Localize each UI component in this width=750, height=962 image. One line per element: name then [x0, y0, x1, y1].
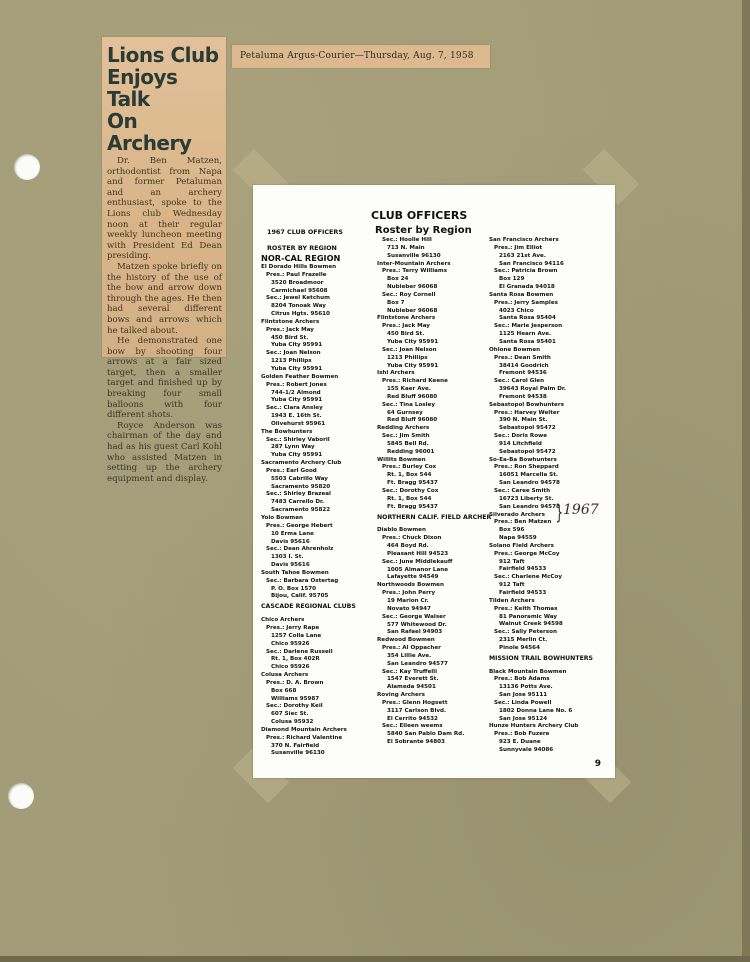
address-line: 1303 I. St. — [261, 554, 356, 562]
officer-line: Sec.: Dorothy Keil — [261, 703, 356, 711]
officer-line: Pres.: Richard Valentine — [261, 735, 356, 743]
address-line: 912 Taft — [489, 559, 593, 567]
officer-line: Sec.: Marie Jesperson — [489, 323, 593, 331]
club-name: Ohlone Bowmen — [489, 347, 593, 355]
officer-line: Pres.: Jerry Samples — [489, 300, 593, 308]
address-line: Chico 95926 — [261, 641, 356, 649]
address-line: 607 Siec St. — [261, 711, 356, 719]
club-name: Hunze Hunters Archery Club — [489, 723, 593, 731]
address-line: 450 Bird St. — [377, 331, 491, 339]
officer-line: Pres.: Jerry Rape — [261, 625, 356, 633]
officer-line: Sec.: Dean Ahrenholz — [261, 546, 356, 554]
club-name: Tilden Archers — [489, 598, 593, 606]
address-line: Alameda 94501 — [377, 684, 491, 692]
address-line: El Cerrito 94532 — [377, 716, 491, 724]
region-heading: NOR-CAL REGION — [261, 253, 356, 264]
officer-line: Sec.: Kay Truffelli — [377, 669, 491, 677]
address-line: San Rafael 94903 — [377, 629, 491, 637]
club-name: Golden Feather Bowmen — [261, 374, 356, 382]
address-line: Box 7 — [377, 300, 491, 308]
address-line: 16051 Marcella St. — [489, 472, 593, 480]
officer-line: Sec.: Jewel Ketchum — [261, 295, 356, 303]
address-line: P. O. Box 1570 — [261, 586, 356, 594]
address-line: Box 596 — [489, 527, 593, 535]
address-line: 464 Boyd Rd. — [377, 543, 491, 551]
officer-line: Sec.: Patricia Brown — [489, 268, 593, 276]
address-line: Bijou, Calif. 95705 — [261, 593, 356, 601]
officer-line: Sec.: Clara Ansley — [261, 405, 356, 413]
club-name: Diamond Mountain Archers — [261, 727, 356, 735]
officer-line: Pres.: George McCoy — [489, 551, 593, 559]
address-line: 923 E. Duane — [489, 739, 593, 747]
address-line: 3117 Carlson Blvd. — [377, 708, 491, 716]
address-line: Rt. 1, Box 544 — [377, 496, 491, 504]
club-name: Northwoods Bowmen — [377, 582, 491, 590]
address-line: 2315 Merlin Ct. — [489, 637, 593, 645]
address-line: 39643 Royal Palm Dr. — [489, 386, 593, 394]
address-line: 2163 21st Ave. — [489, 253, 593, 261]
address-line: Susanville 96130 — [261, 750, 356, 758]
address-line: Red Bluff 96080 — [377, 417, 491, 425]
address-line: 1257 Colla Lane — [261, 633, 356, 641]
club-name: Ishi Archers — [377, 370, 491, 378]
page-subtitle: Roster by Region — [375, 225, 472, 236]
address-line: 5503 Cabrillo Way — [261, 476, 356, 484]
officer-line: Sec.: June Middlekauff — [377, 559, 491, 567]
address-line: Red Bluff 96080 — [377, 394, 491, 402]
address-line: Ft. Bragg 95437 — [377, 504, 491, 512]
address-line: 1943 E. 16th St. — [261, 413, 356, 421]
newspaper-masthead: Petaluma Argus-Courier—Thursday, Aug. 7,… — [232, 45, 490, 68]
page-number: 9 — [595, 759, 601, 769]
address-line: 1547 Everett St. — [377, 676, 491, 684]
address-line: Nubieber 96068 — [377, 284, 491, 292]
address-line: El Granada 94018 — [489, 284, 593, 292]
roster-header: ROSTER BY REGION — [267, 244, 337, 252]
club-name: The Bowhunters — [261, 429, 356, 437]
clipping-paragraph: Matzen spoke briefly on the history of t… — [107, 262, 222, 336]
address-line: Yuba City 95991 — [377, 339, 491, 347]
page-title: CLUB OFFICERS — [371, 209, 467, 222]
officer-line: Pres.: Bob Fuzere — [489, 731, 593, 739]
address-line: Sebastopol 95472 — [489, 449, 593, 457]
address-line: Olivehurst 95961 — [261, 421, 356, 429]
address-line: 7483 Carrello Dr. — [261, 499, 356, 507]
address-line: Yuba City 95991 — [261, 452, 356, 460]
address-line: 1213 Phillips — [377, 355, 491, 363]
scrapbook-page-edge — [742, 0, 750, 962]
address-line: 450 Bird St. — [261, 335, 356, 343]
address-line: Napa 94559 — [489, 535, 593, 543]
address-line: Fremont 94536 — [489, 370, 593, 378]
officer-line: Sec.: Tina Losley — [377, 402, 491, 410]
address-line: San Jose 95111 — [489, 692, 593, 700]
address-line: Fairfield 94533 — [489, 566, 593, 574]
officer-line: Pres.: Robert Jones — [261, 382, 356, 390]
club-name: Sebastopol Bowhunters — [489, 402, 593, 410]
address-line: 10 Erma Lane — [261, 531, 356, 539]
address-line: Sacramento 95822 — [261, 507, 356, 515]
clipping-paragraph: Dr. Ben Matzen, orthodontist from Napa a… — [107, 156, 222, 262]
address-line: 38414 Goodrich — [489, 363, 593, 371]
address-line: Rt. 1, Box 544 — [377, 472, 491, 480]
clipping-paragraph: He demonstrated one bow by shooting four… — [107, 336, 222, 421]
officer-line: Pres.: D. A. Brown — [261, 680, 356, 688]
officer-line: Pres.: Dean Smith — [489, 355, 593, 363]
binder-hole-top — [14, 154, 40, 180]
club-name: So-Ea-Ba Bowhunters — [489, 457, 593, 465]
club-name: Chico Archers — [261, 617, 356, 625]
address-line: Fremont 94538 — [489, 394, 593, 402]
address-line: Box 24 — [377, 276, 491, 284]
officer-line: Pres.: Jim Elliot — [489, 245, 593, 253]
address-line: 13136 Potts Ave. — [489, 684, 593, 692]
officer-line: Sec.: Carol Glen — [489, 378, 593, 386]
club-name: Redwood Bowmen — [377, 637, 491, 645]
address-line: Fairfield 94533 — [489, 590, 593, 598]
club-name: Willits Bowmen — [377, 457, 491, 465]
officer-line: Sec.: Joan Nelson — [377, 347, 491, 355]
year-header: 1967 CLUB OFFICERS — [267, 228, 343, 236]
clipping-paragraph: Royce Anderson was chairman of the day a… — [107, 421, 222, 485]
officer-line: Pres.: John Perry — [377, 590, 491, 598]
address-line: Rt. 1, Box 402R — [261, 656, 356, 664]
club-name: South Tahoe Bowmen — [261, 570, 356, 578]
officer-line: Sec.: Dorothy Cox — [377, 488, 491, 496]
officer-line: Sec.: Caree Smith — [489, 488, 593, 496]
club-officers-page: CLUB OFFICERS Roster by Region 1967 CLUB… — [253, 185, 615, 778]
address-line: San Leandro 94578 — [489, 480, 593, 488]
club-name: Yolo Bowmen — [261, 515, 356, 523]
address-line: Sacramento 95820 — [261, 484, 356, 492]
address-line: Box 129 — [489, 276, 593, 284]
address-line: San Jose 95124 — [489, 716, 593, 724]
address-line: 390 N. Main St. — [489, 417, 593, 425]
officer-line: Pres.: Ben Matzen — [489, 519, 593, 527]
address-line: Colusa 95932 — [261, 719, 356, 727]
address-line: Redding 96001 — [377, 449, 491, 457]
address-line: 1125 Hearn Ave. — [489, 331, 593, 339]
club-name: Santa Rosa Bowmen — [489, 292, 593, 300]
officer-line: Sec.: Barbara Ostertag — [261, 578, 356, 586]
address-line: Chico 95926 — [261, 664, 356, 672]
address-line: Yuba City 95991 — [377, 363, 491, 371]
address-line: 912 Taft — [489, 582, 593, 590]
officer-line: Sec.: Roy Cornell — [377, 292, 491, 300]
officer-line: Pres.: Paul Frazelle — [261, 272, 356, 280]
address-line: 64 Gurnsey — [377, 410, 491, 418]
club-name: El Dorado Hills Bowmen — [261, 264, 356, 272]
address-line: Novato 94947 — [377, 606, 491, 614]
address-line: 19 Marion Cr. — [377, 598, 491, 606]
address-line: Lafayette 94549 — [377, 574, 491, 582]
club-name: Diablo Bowmen — [377, 527, 491, 535]
address-line: Pleasant Hill 94523 — [377, 551, 491, 559]
officer-line: Sec.: Hoolie Hill — [377, 237, 491, 245]
address-line: 713 N. Main — [377, 245, 491, 253]
officer-line: Sec.: Shirley Vaboril — [261, 437, 356, 445]
officer-line: Sec.: Sally Peterson — [489, 629, 593, 637]
officer-line: Sec.: Jim Smith — [377, 433, 491, 441]
address-line: Carmichael 95608 — [261, 288, 356, 296]
club-name: Roving Archers — [377, 692, 491, 700]
club-name: Flintstone Archers — [377, 315, 491, 323]
address-line: 3520 Broadmoor — [261, 280, 356, 288]
officer-line: Pres.: Keith Thomas — [489, 606, 593, 614]
officer-line: Pres.: Bob Adams — [489, 676, 593, 684]
address-line: 81 Panoramic Way — [489, 614, 593, 622]
address-line: 577 Whitewood Dr. — [377, 622, 491, 630]
address-line: Walnut Creek 94598 — [489, 621, 593, 629]
scrapbook-page-bottom-edge — [0, 956, 750, 962]
club-name: Sacramento Archery Club — [261, 460, 356, 468]
officer-line: Sec.: Joan Nelson — [261, 350, 356, 358]
roster-column-2: Sec.: Hoolie Hill713 N. MainSusanville 9… — [377, 237, 491, 747]
address-line: 744-1/2 Almond — [261, 390, 356, 398]
address-line: Yuba City 95991 — [261, 342, 356, 350]
address-line: 1005 Almanor Lane — [377, 567, 491, 575]
masthead-text: Petaluma Argus-Courier—Thursday, Aug. 7,… — [240, 51, 474, 61]
address-line: Ft. Bragg 95437 — [377, 480, 491, 488]
officer-line: Pres.: Terry Williams — [377, 268, 491, 276]
clipping-headline: Lions Club Enjoys Talk On Archery — [107, 44, 226, 154]
address-line: Davis 95616 — [261, 562, 356, 570]
address-line: Santa Rosa 95404 — [489, 315, 593, 323]
club-name: Inter-Mountain Archers — [377, 261, 491, 269]
address-line: 8204 Tonoak Way — [261, 303, 356, 311]
address-line: Citrus Hgts. 95610 — [261, 311, 356, 319]
address-line: 5840 San Pablo Dam Rd. — [377, 731, 491, 739]
address-line: San Francisco 94116 — [489, 261, 593, 269]
officer-line: Sec.: Doris Rowe — [489, 433, 593, 441]
officer-line: Pres.: Glenn Hogsett — [377, 700, 491, 708]
officer-line: Sec.: Eileen weems — [377, 723, 491, 731]
region-heading: CASCADE REGIONAL CLUBS — [261, 601, 356, 617]
club-name: Flintstone Archers — [261, 319, 356, 327]
officer-line: Pres.: Jack May — [377, 323, 491, 331]
officer-line: Sec.: Shirley Brazeal — [261, 491, 356, 499]
address-line: 370 N. Fairfield — [261, 743, 356, 751]
officer-line: Sec.: George Walser — [377, 614, 491, 622]
address-line: 155 Kaer Ave. — [377, 386, 491, 394]
officer-line: Pres.: Chuck Dixon — [377, 535, 491, 543]
officer-line: Pres.: Harvey Welter — [489, 410, 593, 418]
club-name: Black Mountain Bowmen — [489, 669, 593, 677]
address-line: Susanville 96130 — [377, 253, 491, 261]
address-line: 1213 Phillips — [261, 358, 356, 366]
roster-column-3: San Francisco ArchersPres.: Jim Elliot21… — [489, 237, 593, 755]
club-name: Solano Field Archers — [489, 543, 593, 551]
address-line: Box 668 — [261, 688, 356, 696]
club-name: San Francisco Archers — [489, 237, 593, 245]
address-line: Sebastopol 95472 — [489, 425, 593, 433]
officer-line: Sec.: Linda Powell — [489, 700, 593, 708]
address-line: Pinole 94564 — [489, 645, 593, 653]
club-name: Redding Archers — [377, 425, 491, 433]
officer-line: Pres.: Richard Keene — [377, 378, 491, 386]
address-line: 5845 Bell Rd. — [377, 441, 491, 449]
address-line: 914 Litchfield — [489, 441, 593, 449]
address-line: Sunnyvale 94086 — [489, 747, 593, 755]
address-line: Nubieber 96068 — [377, 308, 491, 316]
handwritten-annotation: 1967 — [563, 502, 599, 518]
officer-line: Sec.: Darlene Russell — [261, 649, 356, 657]
address-line: San Leandro 94577 — [377, 661, 491, 669]
officer-line: Pres.: Al Oppacher — [377, 645, 491, 653]
newspaper-clipping: Lions Club Enjoys Talk On Archery Dr. Be… — [102, 37, 226, 357]
binder-hole-bottom — [8, 783, 34, 809]
address-line: El Sobrante 94803 — [377, 739, 491, 747]
region-heading: MISSION TRAIL BOWHUNTERS — [489, 653, 593, 669]
address-line: 1802 Donna Lane No. 6 — [489, 708, 593, 716]
roster-column-1: NOR-CAL REGIONEl Dorado Hills BowmenPres… — [261, 253, 356, 758]
address-line: Williams 95987 — [261, 696, 356, 704]
address-line: 4023 Chico — [489, 308, 593, 316]
officer-line: Pres.: Earl Good — [261, 468, 356, 476]
region-heading: NORTHERN CALIF. FIELD ARCHER — [377, 512, 491, 528]
club-name: Colusa Archers — [261, 672, 356, 680]
officer-line: Pres.: Burley Cox — [377, 464, 491, 472]
officer-line: Pres.: George Hebert — [261, 523, 356, 531]
address-line: Santa Rosa 95401 — [489, 339, 593, 347]
address-line: Yuba City 95991 — [261, 397, 356, 405]
address-line: Yuba City 95991 — [261, 366, 356, 374]
address-line: 287 Lynn Way — [261, 444, 356, 452]
address-line: 354 Lillie Ave. — [377, 653, 491, 661]
officer-line: Pres.: Ron Sheppard — [489, 464, 593, 472]
clipping-body: Dr. Ben Matzen, orthodontist from Napa a… — [107, 156, 222, 484]
address-line: Davis 95616 — [261, 539, 356, 547]
officer-line: Pres.: Jack May — [261, 327, 356, 335]
officer-line: Sec.: Charlene McCoy — [489, 574, 593, 582]
